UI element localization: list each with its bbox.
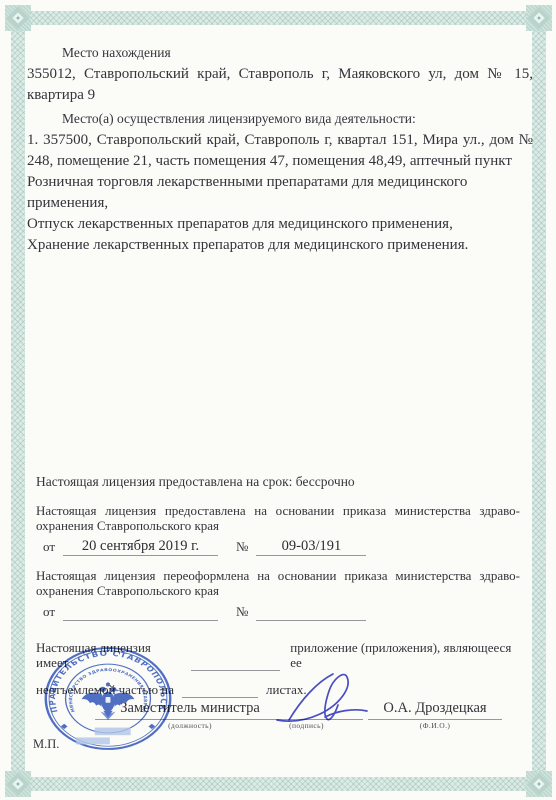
reissued-date-underline <box>63 604 218 621</box>
attachments-count-underline <box>191 654 281 671</box>
activity-label: Место(а) осуществления лицензируемого ви… <box>27 108 533 129</box>
location-value: 355012, Ставропольский край, Ставрополь … <box>27 64 533 106</box>
activity-item: Хранение лекарственных препаратов для ме… <box>27 235 533 256</box>
granted-date-underline: 20 сентября 2019 г. <box>63 539 218 556</box>
term-line: Настоящая лицензия предоставлена на срок… <box>36 474 520 490</box>
name-caption: (Ф.И.О.) <box>368 721 502 730</box>
stamp-number-block <box>95 728 131 736</box>
reissued-line2: охранения Ставропольского края <box>36 583 520 599</box>
name-column: О.А. Дроздецкая (Ф.И.О.) <box>368 700 502 730</box>
granted-number-underline: 09-03/191 <box>256 539 366 556</box>
from-label: от <box>43 604 55 621</box>
ministry-seal-stamp: ПРАВИТЕЛЬСТВО СТАВРОПОЛЬСКОГО КРАЯ МИНИС… <box>42 645 174 752</box>
border-corner-top-left <box>5 5 31 31</box>
reissued-date-row: от № <box>36 604 520 621</box>
granted-line2: охранения Ставропольского края <box>36 518 520 534</box>
border-corner-bottom-left <box>5 771 31 797</box>
granted-date-row: от 20 сентября 2019 г. № 09-03/191 <box>36 539 520 556</box>
stamp-number-block <box>76 737 110 744</box>
border-band-left <box>11 11 25 791</box>
activity-address: 1. 357500, Ставропольский край, Ставропо… <box>27 130 533 172</box>
activity-item: Розничная торговля лекарственными препар… <box>27 172 533 214</box>
handwritten-signature <box>273 670 371 726</box>
number-label: № <box>236 539 248 556</box>
border-band-bottom <box>9 777 547 791</box>
border-band-right <box>532 11 546 791</box>
border-corner-bottom-right <box>526 771 552 797</box>
name-value: О.А. Дроздецкая <box>368 700 502 720</box>
number-label: № <box>236 604 248 621</box>
double-eagle-emblem <box>82 682 135 720</box>
reissued-number-underline <box>256 604 366 621</box>
granted-paragraph: Настоящая лицензия предоставлена на осно… <box>36 503 520 534</box>
license-document-page: Место нахождения 355012, Ставропольский … <box>0 0 556 800</box>
attachments-tail: приложение (приложения), являющееся ее <box>290 640 520 671</box>
activity-item: Отпуск лекарственных препаратов для меди… <box>27 214 533 235</box>
sheets-count-underline <box>182 681 258 698</box>
reissued-paragraph: Настоящая лицензия переоформлена на осно… <box>36 568 520 599</box>
border-corner-top-right <box>526 5 552 31</box>
granted-line1: Настоящая лицензия предоставлена на осно… <box>36 503 520 519</box>
location-block: Место нахождения 355012, Ставропольский … <box>27 42 533 106</box>
reissued-line1: Настоящая лицензия переоформлена на осно… <box>36 568 520 584</box>
activity-block: Место(а) осуществления лицензируемого ви… <box>27 108 533 256</box>
location-label: Место нахождения <box>27 42 533 63</box>
border-band-top <box>9 11 547 25</box>
from-label: от <box>43 539 55 556</box>
